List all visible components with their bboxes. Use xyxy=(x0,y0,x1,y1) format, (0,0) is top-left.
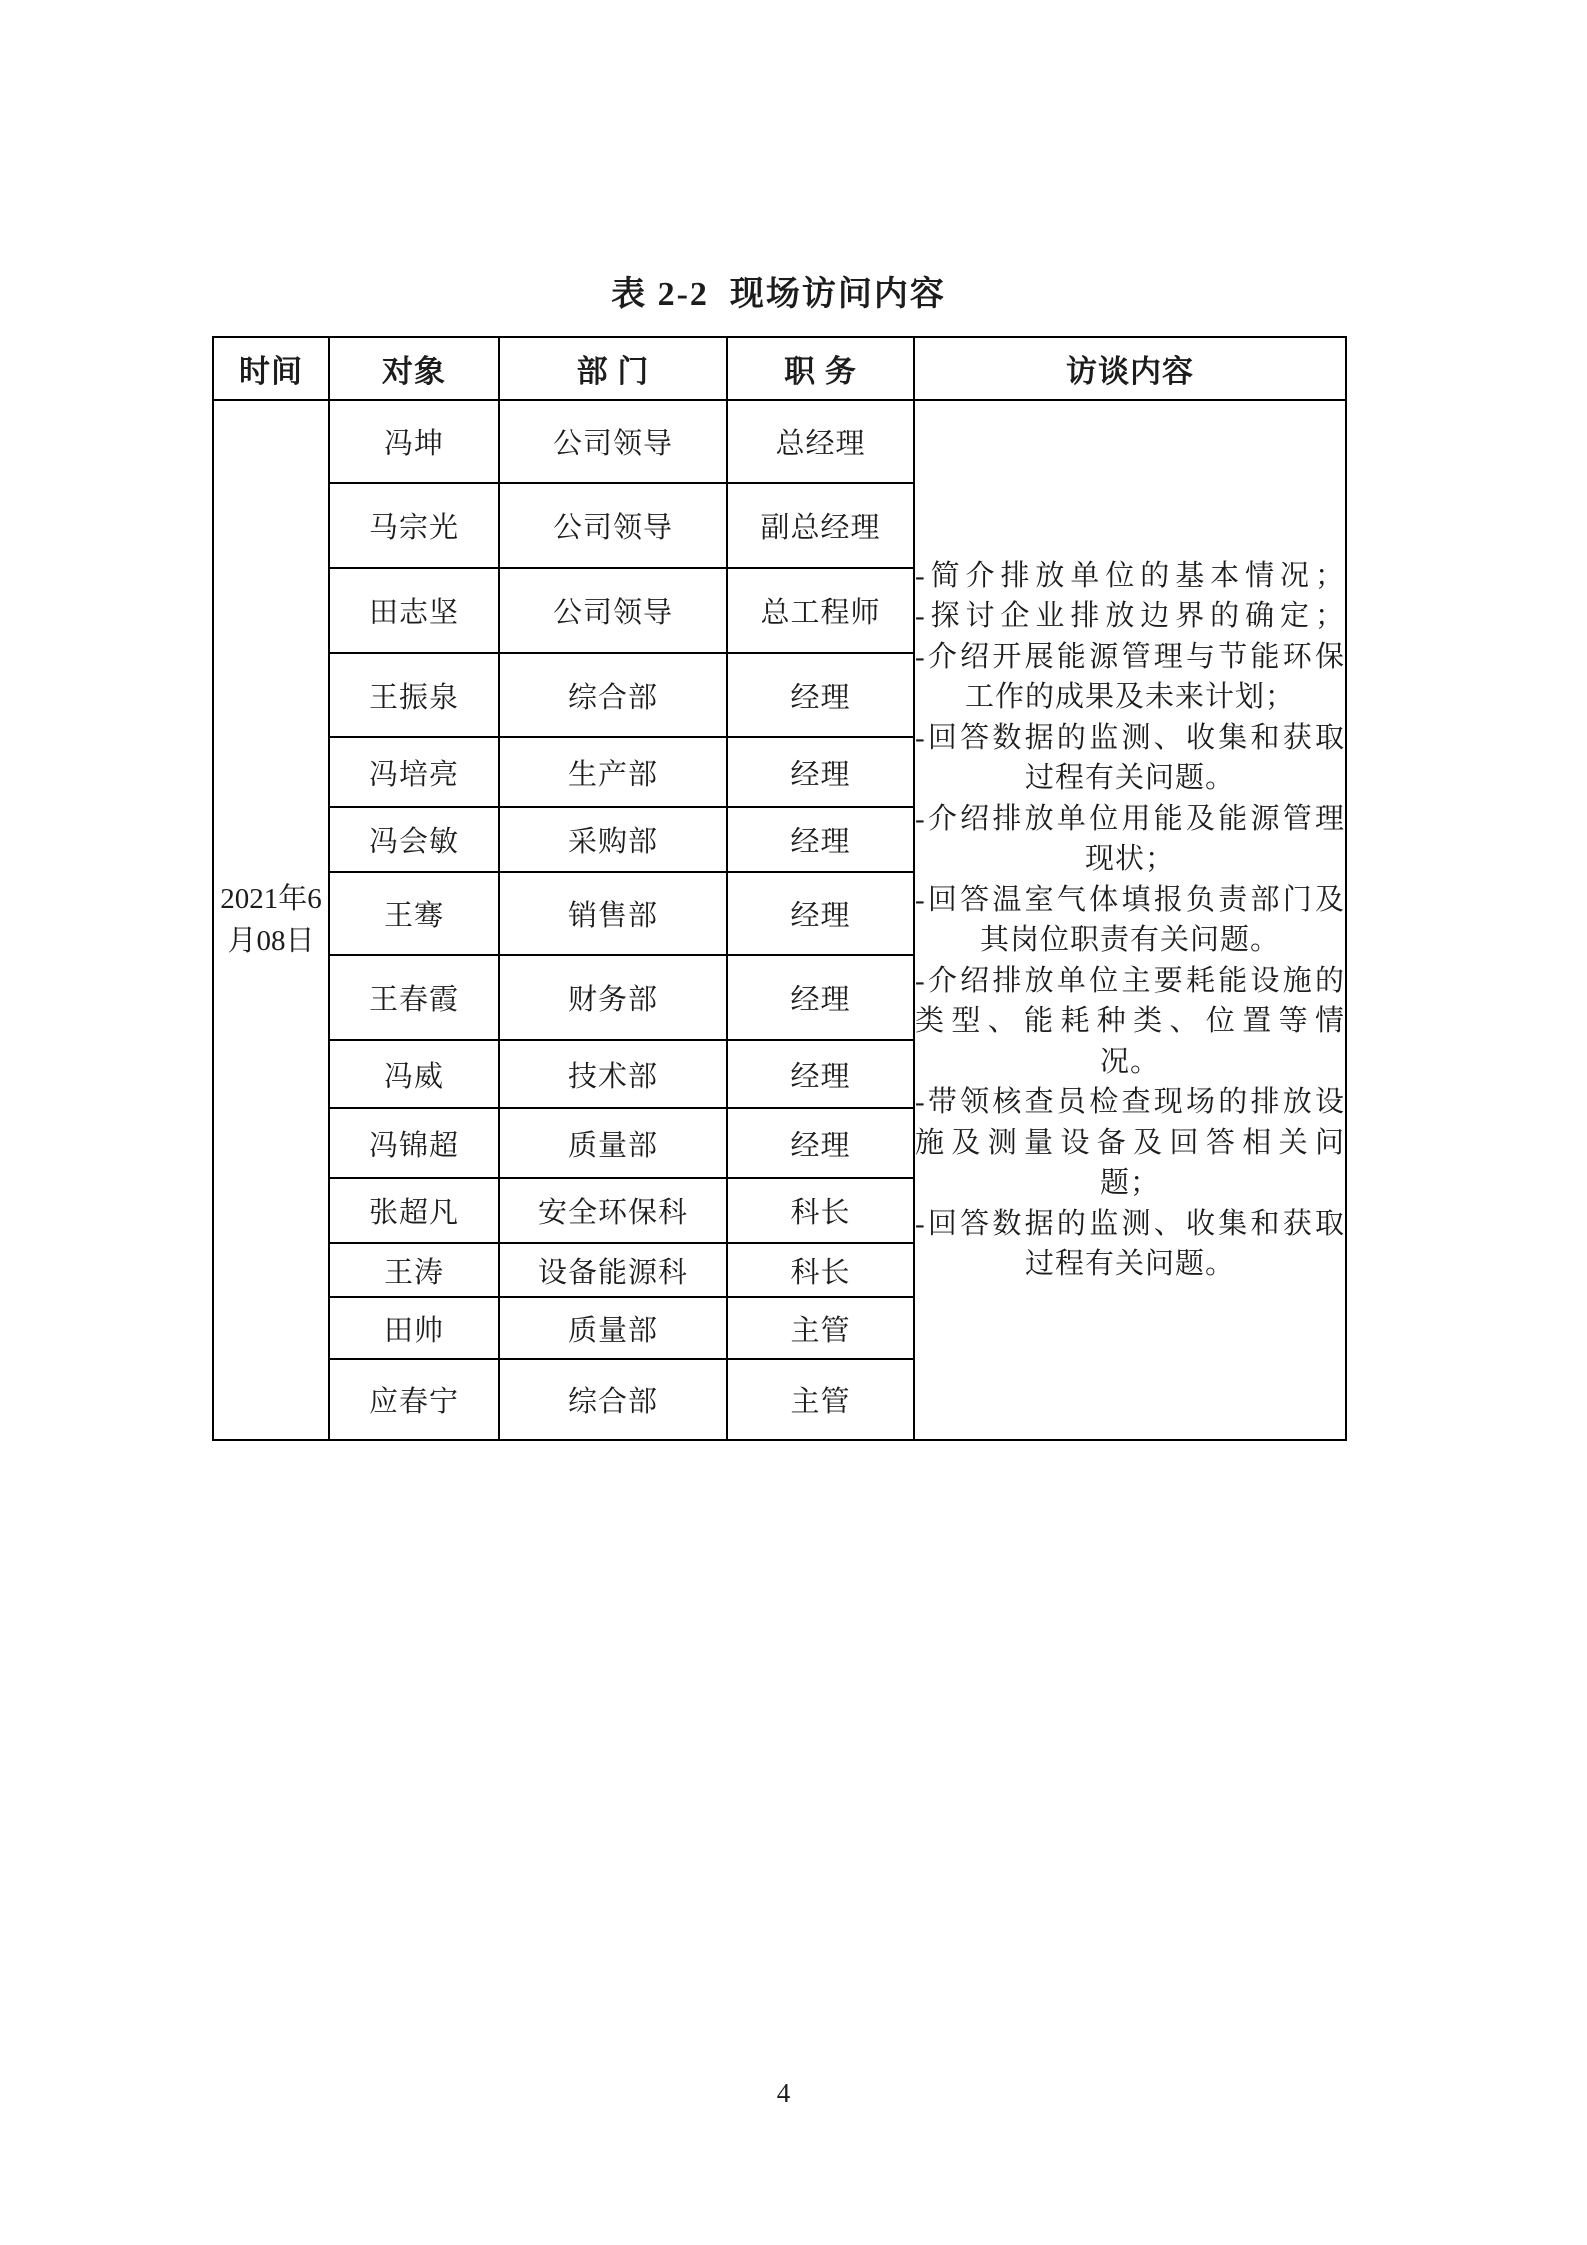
person-department: 公司领导 xyxy=(499,483,727,568)
header-time: 时间 xyxy=(213,337,329,400)
person-position: 主管 xyxy=(727,1297,914,1359)
interview-line: -带领核查员检查现场的排放设 xyxy=(915,1082,1345,1123)
person-department: 销售部 xyxy=(499,872,727,955)
person-position: 副总经理 xyxy=(727,483,914,568)
interview-line: 过程有关问题。 xyxy=(915,758,1345,799)
person-name: 王骞 xyxy=(329,872,499,955)
person-name: 张超凡 xyxy=(329,1178,499,1243)
header-position: 职 务 xyxy=(727,337,914,400)
person-name: 冯培亮 xyxy=(329,737,499,807)
person-department: 采购部 xyxy=(499,807,727,872)
person-department: 质量部 xyxy=(499,1108,727,1178)
time-line-1: 2021年6 xyxy=(214,878,328,920)
interview-line: 施及测量设备及回答相关问 xyxy=(915,1123,1345,1164)
person-name: 田志坚 xyxy=(329,568,499,653)
interview-content-cell: -简介排放单位的基本情况； -探讨企业排放边界的确定； -介绍开展能源管理与节能… xyxy=(914,400,1346,1440)
person-name: 王振泉 xyxy=(329,653,499,737)
interview-line: 过程有关问题。 xyxy=(915,1244,1345,1285)
site-visit-table: 时间 对象 部 门 职 务 访谈内容 2021年6 月08日 冯坤 公司领导 总… xyxy=(212,336,1347,1441)
interview-line: -回答数据的监测、收集和获取 xyxy=(915,718,1345,759)
person-department: 质量部 xyxy=(499,1297,727,1359)
person-position: 经理 xyxy=(727,737,914,807)
interview-line: 题； xyxy=(915,1163,1345,1204)
interview-line: -回答数据的监测、收集和获取 xyxy=(915,1204,1345,1245)
person-position: 经理 xyxy=(727,872,914,955)
interview-line: -简介排放单位的基本情况； xyxy=(915,556,1345,597)
interview-line: -回答温室气体填报负责部门及 xyxy=(915,880,1345,921)
person-department: 公司领导 xyxy=(499,400,727,483)
person-department: 综合部 xyxy=(499,653,727,737)
person-position: 经理 xyxy=(727,1040,914,1108)
time-line-2: 月08日 xyxy=(214,920,328,962)
person-position: 主管 xyxy=(727,1359,914,1440)
person-name: 田帅 xyxy=(329,1297,499,1359)
interview-line: 况。 xyxy=(915,1042,1345,1083)
interview-line: -介绍排放单位用能及能源管理 xyxy=(915,799,1345,840)
interview-line: 现状； xyxy=(915,839,1345,880)
person-position: 科长 xyxy=(727,1178,914,1243)
person-name: 马宗光 xyxy=(329,483,499,568)
header-department: 部 门 xyxy=(499,337,727,400)
person-name: 应春宁 xyxy=(329,1359,499,1440)
header-content: 访谈内容 xyxy=(914,337,1346,400)
interview-line: 工作的成果及未来计划； xyxy=(915,677,1345,718)
person-department: 财务部 xyxy=(499,955,727,1040)
person-position: 经理 xyxy=(727,1108,914,1178)
person-position: 总经理 xyxy=(727,400,914,483)
person-department: 公司领导 xyxy=(499,568,727,653)
interview-line: 其岗位职责有关问题。 xyxy=(915,920,1345,961)
time-cell: 2021年6 月08日 xyxy=(213,400,329,1440)
person-position: 经理 xyxy=(727,955,914,1040)
person-position: 经理 xyxy=(727,807,914,872)
header-person: 对象 xyxy=(329,337,499,400)
interview-line: -介绍排放单位主要耗能设施的 xyxy=(915,961,1345,1002)
interview-line: -介绍开展能源管理与节能环保 xyxy=(915,637,1345,678)
person-name: 王春霞 xyxy=(329,955,499,1040)
person-name: 冯锦超 xyxy=(329,1108,499,1178)
person-name: 冯坤 xyxy=(329,400,499,483)
person-department: 安全环保科 xyxy=(499,1178,727,1243)
document-page: 表 2-2 现场访问内容 时间 对象 部 门 职 务 访谈内容 2021年6 月… xyxy=(0,0,1587,2245)
person-position: 总工程师 xyxy=(727,568,914,653)
person-name: 冯威 xyxy=(329,1040,499,1108)
interview-line: 类型、能耗种类、位置等情 xyxy=(915,1001,1345,1042)
table-title: 表 2-2 现场访问内容 xyxy=(212,272,1345,318)
interview-line: -探讨企业排放边界的确定； xyxy=(915,596,1345,637)
person-name: 冯会敏 xyxy=(329,807,499,872)
person-department: 综合部 xyxy=(499,1359,727,1440)
table-header-row: 时间 对象 部 门 职 务 访谈内容 xyxy=(213,337,1346,400)
person-position: 科长 xyxy=(727,1243,914,1297)
table-row: 2021年6 月08日 冯坤 公司领导 总经理 -简介排放单位的基本情况； -探… xyxy=(213,400,1346,483)
person-department: 生产部 xyxy=(499,737,727,807)
page-number: 4 xyxy=(0,2078,1567,2109)
person-name: 王涛 xyxy=(329,1243,499,1297)
person-department: 技术部 xyxy=(499,1040,727,1108)
person-department: 设备能源科 xyxy=(499,1243,727,1297)
person-position: 经理 xyxy=(727,653,914,737)
